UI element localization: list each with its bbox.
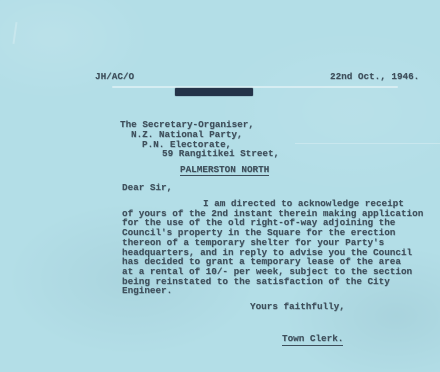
reference-code: JH/AC/O [95, 72, 134, 82]
scan-artifact-bar [175, 88, 253, 96]
paper-crease [295, 143, 440, 144]
letter-page: JH/AC/O 22nd Oct., 1946. The Secretary-O… [0, 0, 440, 372]
letter-body: I am directed to acknowledge receipt of … [122, 199, 434, 296]
body-line: Engineer. [122, 286, 434, 296]
paper-crease [112, 86, 398, 88]
salutation: Dear Sir, [122, 183, 172, 193]
recipient-address-block: The Secretary-Organiser, N.Z. National P… [120, 120, 279, 177]
closing-valediction: Yours faithfully, [250, 302, 345, 312]
recipient-address-line: 59 Rangitikei Street, [162, 149, 279, 159]
signature-town-clerk: Town Clerk. [282, 334, 343, 346]
paper-scratch [12, 22, 17, 44]
recipient-city-underlined: PALMERSTON NORTH [180, 165, 269, 176]
letter-date: 22nd Oct., 1946. [330, 72, 419, 82]
